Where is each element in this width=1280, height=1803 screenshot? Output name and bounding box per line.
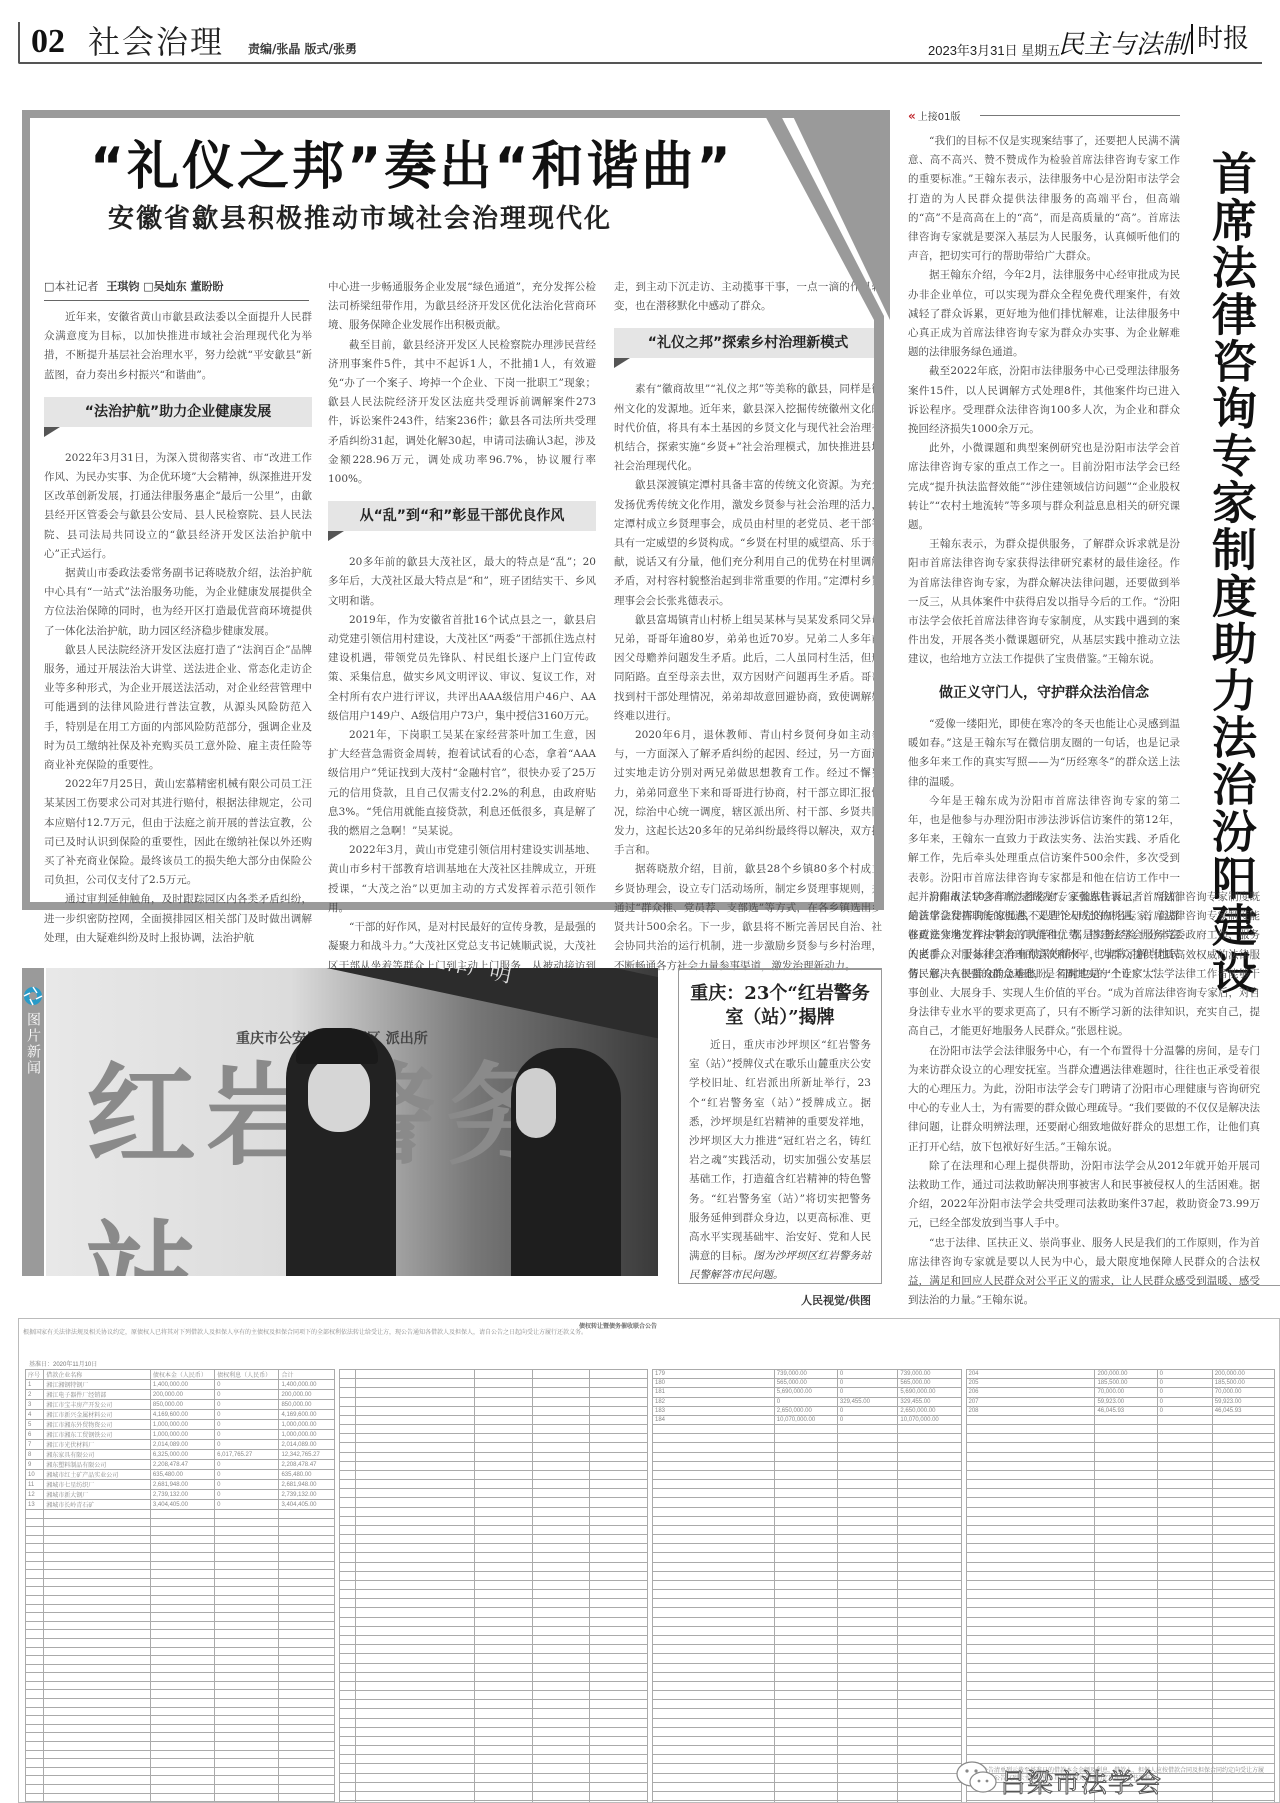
table-cell (590, 1626, 648, 1635)
table-cell (898, 1507, 961, 1516)
table-cell (1095, 1544, 1157, 1553)
table-row (339, 1663, 648, 1672)
table-cell (653, 1571, 775, 1580)
table-cell (774, 1617, 837, 1626)
table-cell (532, 1654, 590, 1663)
table-cell (1095, 1571, 1157, 1580)
table-cell (653, 1535, 775, 1544)
table-cell (279, 1742, 334, 1751)
table-row: 13湘城市长岭青石矿3,404,405.0003,404,405.00 (26, 1500, 335, 1510)
news-photo: 红岩警务站 为人民 执法公正 纪律严明 重庆市公安局 沙坪坝区 派出所 (46, 968, 658, 1276)
table-row (966, 1415, 1275, 1424)
table-cell (1157, 1663, 1212, 1672)
table-row: 4湘江市新兴金属材料公司4,169,600.0004,169,600.00 (26, 1410, 335, 1420)
table-row (339, 1645, 648, 1654)
table-cell (653, 1425, 775, 1434)
table-cell (774, 1434, 837, 1443)
table-row (966, 1654, 1275, 1663)
table-row (26, 1793, 335, 1802)
table-cell (966, 1635, 1095, 1644)
table-cell (774, 1470, 837, 1479)
table-cell (898, 1580, 961, 1589)
table-cell: 4,169,600.00 (150, 1410, 214, 1420)
table-cell (966, 1746, 1095, 1755)
table-row (26, 1552, 335, 1561)
table-cell (774, 1498, 837, 1507)
table-cell (339, 1617, 356, 1626)
table-cell (475, 1489, 533, 1498)
table-cell (356, 1443, 475, 1452)
table-cell (279, 1604, 334, 1613)
continued-from-label: «上接01版 (908, 108, 961, 123)
table-cell: 3 (26, 1400, 44, 1410)
table-cell (279, 1759, 334, 1768)
table-cell: 0 (215, 1460, 279, 1470)
table-cell: 850,000.00 (150, 1400, 214, 1410)
table-cell (475, 1580, 533, 1589)
table-row (339, 1443, 648, 1452)
table-cell (1095, 1727, 1157, 1736)
table-cell (532, 1507, 590, 1516)
table-cell (1212, 1470, 1274, 1479)
table-cell (26, 1535, 44, 1544)
table-cell (279, 1664, 334, 1673)
table-cell (150, 1767, 214, 1776)
table-cell (279, 1544, 334, 1553)
table-row: 204200,000.000200,000.00 (966, 1370, 1275, 1379)
table-cell (150, 1570, 214, 1579)
table-cell (26, 1690, 44, 1699)
article-column-2: 中心进一步畅通服务企业发展“绿色通道”，充分发挥公检法司桥梁纽带作用，为歙县经济… (328, 278, 596, 995)
table-row (966, 1452, 1275, 1461)
table-cell (774, 1571, 837, 1580)
table-cell (1157, 1746, 1212, 1755)
table-cell (26, 1742, 44, 1751)
article-right-border (874, 316, 884, 910)
masthead-rule (28, 62, 1262, 64)
paragraph: 20多年前的歙县大茂社区，最大的特点是“乱”；20多年后，大茂社区最大特点是“和… (328, 553, 596, 611)
table-row: 3湘江市宝丰房产开发公司850,000.000850,000.00 (26, 1400, 335, 1410)
table-cell (215, 1527, 279, 1536)
table-cell (1095, 1691, 1157, 1700)
table-cell (837, 1635, 898, 1644)
table-row (26, 1724, 335, 1733)
table-cell (1157, 1700, 1212, 1709)
table-row (653, 1672, 962, 1681)
table-cell (356, 1727, 475, 1736)
table-cell (339, 1709, 356, 1718)
table-cell (356, 1480, 475, 1489)
table-cell (26, 1707, 44, 1716)
table-cell: 2,739,132.00 (150, 1490, 214, 1500)
table-row (966, 1626, 1275, 1635)
table-cell: 0 (215, 1440, 279, 1450)
table-cell (215, 1630, 279, 1639)
table-row (966, 1470, 1275, 1479)
table-cell (898, 1571, 961, 1580)
table-cell (150, 1681, 214, 1690)
table-cell (590, 1700, 648, 1709)
table-cell (1212, 1608, 1274, 1617)
table-cell (1212, 1635, 1274, 1644)
table-cell (26, 1552, 44, 1561)
table-cell: 10,070,000.00 (898, 1415, 961, 1424)
table-row: 1832,650,000.0002,650,000.00 (653, 1406, 962, 1415)
table-cell (279, 1690, 334, 1699)
table-row: 8湘东家具有限公司6,325,000.006,017,765.2712,342,… (26, 1450, 335, 1460)
table-row (966, 1681, 1275, 1690)
table-cell (44, 1518, 151, 1527)
table-cell (279, 1587, 334, 1596)
table-cell (966, 1691, 1095, 1700)
table-cell: 湘城市长岭青石矿 (44, 1500, 151, 1510)
table-cell (590, 1672, 648, 1681)
table-cell (356, 1791, 475, 1800)
table-cell (279, 1673, 334, 1682)
table-cell (532, 1571, 590, 1580)
table-cell (590, 1635, 648, 1644)
table-cell (475, 1370, 533, 1379)
table-cell (279, 1535, 334, 1544)
table-cell: 200,000.00 (279, 1390, 334, 1400)
table-cell (1157, 1434, 1212, 1443)
table-row (339, 1516, 648, 1525)
table-cell: 湘江市湘东外贸物资公司 (44, 1420, 151, 1430)
table-row (966, 1727, 1275, 1736)
table-cell (898, 1718, 961, 1727)
table-cell (339, 1691, 356, 1700)
table-cell: 1,000,000.00 (150, 1430, 214, 1440)
table-cell (837, 1654, 898, 1663)
table-cell (339, 1736, 356, 1745)
table-cell (653, 1590, 775, 1599)
table-cell (532, 1764, 590, 1773)
table-cell (356, 1425, 475, 1434)
table-cell (475, 1736, 533, 1745)
table-cell (966, 1736, 1095, 1745)
paragraph: 截至2022年底，汾阳市法律服务中心已受理法律服务案件15件，以人民调解方式处理… (908, 362, 1180, 439)
table-cell (1212, 1718, 1274, 1727)
table-cell (26, 1776, 44, 1785)
table-cell (774, 1709, 837, 1718)
table-cell: 635,480.00 (150, 1470, 214, 1480)
table-cell (532, 1498, 590, 1507)
paragraph: 2019年，作为安徽省首批16个试点县之一，歙县启动党建引领信用村建设，大茂社区… (328, 611, 596, 726)
table-cell (26, 1510, 44, 1519)
table-cell (590, 1718, 648, 1727)
table-cell (150, 1733, 214, 1742)
table-cell (356, 1544, 475, 1553)
table-cell: 0 (215, 1480, 279, 1490)
table-cell (1095, 1470, 1157, 1479)
paragraph: 2022年3月31日，为深入贯彻落实省、市“改进工作作风、为民办实事、为企优环境… (44, 449, 312, 564)
notice-intro: 根据国家有关法律法规及相关协议约定，原债权人已将其对下列借款人及担保人享有的主债… (23, 1329, 1273, 1337)
table-cell (44, 1776, 151, 1785)
table-row (26, 1681, 335, 1690)
table-cell (1157, 1635, 1212, 1644)
table-cell: 2 (26, 1390, 44, 1400)
table-cell (1212, 1736, 1274, 1745)
table-cell: 207 (966, 1397, 1095, 1406)
table-cell (356, 1764, 475, 1773)
table-cell (44, 1699, 151, 1708)
table-row (653, 1663, 962, 1672)
table-cell (44, 1767, 151, 1776)
table-cell (1212, 1434, 1274, 1443)
photo-credit: 人民视觉/供图 (689, 1292, 871, 1308)
table-cell (1212, 1672, 1274, 1681)
table-row: 7湘江市光伏材料厂2,014,089.0002,014,089.00 (26, 1440, 335, 1450)
table-cell (590, 1590, 648, 1599)
table-row (653, 1434, 962, 1443)
table-row (339, 1617, 648, 1626)
table-cell (898, 1544, 961, 1553)
table-cell (837, 1590, 898, 1599)
table-row (966, 1608, 1275, 1617)
table-cell (1095, 1645, 1157, 1654)
table-cell (590, 1507, 648, 1516)
table-cell (1212, 1489, 1274, 1498)
table-cell (339, 1599, 356, 1608)
table-cell (279, 1570, 334, 1579)
photo-news-tag-label: 图片新闻 (22, 1012, 44, 1076)
table-row (653, 1727, 962, 1736)
table-cell (1212, 1461, 1274, 1470)
table-cell (590, 1580, 648, 1589)
table-cell (26, 1664, 44, 1673)
table-row (653, 1507, 962, 1516)
paragraph: 此外，小微课题和典型案例研究也是汾阳市法学会首席法律咨询专家的重点工作之一。目前… (908, 439, 1180, 535)
table-cell (150, 1518, 214, 1527)
table-cell: 湘城市红土矿产品实业公司 (44, 1470, 151, 1480)
table-row (653, 1617, 962, 1626)
notice-table-mid1 (339, 1369, 649, 1803)
table-cell (339, 1590, 356, 1599)
table-row (653, 1645, 962, 1654)
table-row (966, 1736, 1275, 1745)
table-cell (898, 1626, 961, 1635)
table-cell: 0 (1157, 1406, 1212, 1415)
table-cell: 59,923.00 (1095, 1397, 1157, 1406)
table-cell (279, 1595, 334, 1604)
table-row (26, 1759, 335, 1768)
paragraph: 2022年3月，黄山市党建引领信用村建设实训基地、黄山市乡村干部教育培训基地在大… (328, 841, 596, 918)
table-cell (774, 1553, 837, 1562)
table-cell (590, 1755, 648, 1764)
table-cell (1212, 1791, 1274, 1800)
table-cell (966, 1535, 1095, 1544)
table-cell (966, 1553, 1095, 1562)
table-cell (475, 1691, 533, 1700)
table-cell: 3,404,405.00 (279, 1500, 334, 1510)
table-cell (1212, 1516, 1274, 1525)
table-cell: 2,208,478.47 (150, 1460, 214, 1470)
table-cell (653, 1507, 775, 1516)
table-cell (279, 1578, 334, 1587)
section-subhead: 从“乱”到“和”彰显干部优良作风 (328, 501, 596, 531)
table-cell (653, 1691, 775, 1700)
table-row (339, 1379, 648, 1388)
table-cell (653, 1470, 775, 1479)
table-cell (898, 1489, 961, 1498)
table-cell (774, 1535, 837, 1544)
table-cell (475, 1571, 533, 1580)
table-cell (1095, 1434, 1157, 1443)
table-row: 6湘江市湘东工贸钢铁公司1,000,000.0001,000,000.00 (26, 1430, 335, 1440)
table-cell (966, 1700, 1095, 1709)
table-cell (653, 1635, 775, 1644)
table-cell (44, 1707, 151, 1716)
photo-caption-title: 重庆：23个“红岩警务室（站）”揭牌 (689, 982, 871, 1030)
watermark-text: 吕梁市法学会 (1000, 1763, 1162, 1800)
table-row (966, 1580, 1275, 1589)
table-cell (590, 1452, 648, 1461)
right-article-upper-column: “我们的目标不仅是实现案结事了，还要把人民满不满意、高不高兴、赞不赞成作为检验首… (908, 132, 1180, 984)
table-row (966, 1425, 1275, 1434)
table-cell (653, 1782, 775, 1791)
table-cell (898, 1470, 961, 1479)
table-row (339, 1489, 648, 1498)
table-row: 1815,690,000.0005,690,000.00 (653, 1388, 962, 1397)
table-cell (26, 1518, 44, 1527)
article-byline: □本社记者王琪钧 □吴灿东 董盼盼 (44, 278, 309, 301)
table-cell (1212, 1626, 1274, 1635)
table-cell (898, 1434, 961, 1443)
table-row (653, 1544, 962, 1553)
table-cell (1157, 1470, 1212, 1479)
photo-caption-body: 近日，重庆市沙坪坝区“红岩警务室（站）”授牌仪式在歌乐山麓重庆公安学校旧址、红岩… (689, 1036, 871, 1286)
table-row (966, 1516, 1275, 1525)
table-cell (215, 1750, 279, 1759)
table-cell (1095, 1736, 1157, 1745)
table-cell (590, 1470, 648, 1479)
table-cell (339, 1755, 356, 1764)
table-cell: 1 (26, 1380, 44, 1390)
table-cell: 2,739,132.00 (279, 1490, 334, 1500)
table-cell (475, 1535, 533, 1544)
table-cell (215, 1656, 279, 1665)
table-cell (532, 1681, 590, 1690)
table-row (339, 1580, 648, 1589)
table-cell (279, 1561, 334, 1570)
table-cell (1157, 1645, 1212, 1654)
paragraph: 截至目前，歙县经济开发区人民检察院办理涉民营经济刑事案件5件，其中不起诉1人，不… (328, 336, 596, 490)
table-cell (475, 1626, 533, 1635)
table-row (653, 1773, 962, 1782)
table-row (653, 1489, 962, 1498)
table-cell (774, 1489, 837, 1498)
table-cell (532, 1617, 590, 1626)
table-cell (1095, 1599, 1157, 1608)
table-cell (339, 1507, 356, 1516)
table-cell (590, 1691, 648, 1700)
table-row (653, 1452, 962, 1461)
table-cell (215, 1673, 279, 1682)
table-row (653, 1608, 962, 1617)
table-row (26, 1647, 335, 1656)
table-cell (532, 1599, 590, 1608)
table-cell (26, 1561, 44, 1570)
section-subhead: “法治护航”助力企业健康发展 (44, 397, 312, 427)
table-cell: 湘江市新兴金属材料公司 (44, 1410, 151, 1420)
paragraph: 据黄山市委政法委常务副书记蒋晓敖介绍，法治护航中心具有“一站式”法治服务功能，为… (44, 564, 312, 641)
table-row (26, 1776, 335, 1785)
table-cell (653, 1580, 775, 1589)
table-row (339, 1406, 648, 1415)
table-cell (532, 1672, 590, 1681)
table-cell (653, 1525, 775, 1534)
table-cell (774, 1635, 837, 1644)
table-row (653, 1461, 962, 1470)
table-cell (44, 1604, 151, 1613)
table-row (26, 1527, 335, 1536)
table-cell (279, 1733, 334, 1742)
table-cell (837, 1425, 898, 1434)
paragraph: 走，到主动下沉走访、主动揽事干事，一点一滴的作风转变，也在潜移默化中感动了群众。 (614, 278, 882, 316)
table-cell (339, 1663, 356, 1672)
page-masthead: 02 社会治理 责编/张晶 版式/张勇 2023年3月31日 星期五 民主与法制… (18, 18, 1280, 64)
table-cell (26, 1544, 44, 1553)
table-cell (356, 1746, 475, 1755)
table-cell (966, 1626, 1095, 1635)
table-row (26, 1699, 335, 1708)
table-row: 10湘城市红土矿产品实业公司635,480.000635,480.00 (26, 1470, 335, 1480)
table-row (339, 1525, 648, 1534)
table-row (339, 1553, 648, 1562)
table-cell (215, 1613, 279, 1622)
table-cell (1095, 1498, 1157, 1507)
paragraph: 汾阳市法学会首席法律咨询专家张恩柱表示，首席法律咨询专家制度既是法学会发挥职能的… (908, 888, 1260, 1042)
table-cell (532, 1736, 590, 1745)
table-cell (150, 1510, 214, 1519)
byline-prefix: □本社记者 (44, 280, 98, 293)
table-cell: 179 (653, 1370, 775, 1379)
table-cell (653, 1645, 775, 1654)
table-cell (1212, 1553, 1274, 1562)
table-cell: 2,681,948.00 (150, 1480, 214, 1490)
table-cell (590, 1498, 648, 1507)
table-row (26, 1630, 335, 1639)
table-cell (215, 1552, 279, 1561)
table-header-cell: 债权本金（人民币） (150, 1370, 214, 1380)
table-cell (1157, 1544, 1212, 1553)
table-cell (966, 1562, 1095, 1571)
table-cell (1157, 1672, 1212, 1681)
table-cell (356, 1571, 475, 1580)
table-cell (590, 1525, 648, 1534)
table-row (966, 1617, 1275, 1626)
table-cell (966, 1654, 1095, 1663)
table-row (339, 1755, 648, 1764)
table-cell (590, 1434, 648, 1443)
table-cell (653, 1434, 775, 1443)
table-cell (837, 1755, 898, 1764)
table-cell (898, 1681, 961, 1690)
table-row (966, 1507, 1275, 1516)
caption-text: 近日，重庆市沙坪坝区“红岩警务室（站）”授牌仪式在歌乐山麓重庆公安学校旧址、红岩… (689, 1039, 871, 1262)
table-cell (44, 1793, 151, 1802)
table-cell (44, 1587, 151, 1596)
table-cell (279, 1638, 334, 1647)
table-cell (898, 1452, 961, 1461)
table-cell (1157, 1498, 1212, 1507)
table-row (339, 1791, 648, 1800)
table-cell (475, 1525, 533, 1534)
table-cell (532, 1516, 590, 1525)
table-cell (774, 1443, 837, 1452)
table-cell (339, 1782, 356, 1791)
table-cell (356, 1672, 475, 1681)
